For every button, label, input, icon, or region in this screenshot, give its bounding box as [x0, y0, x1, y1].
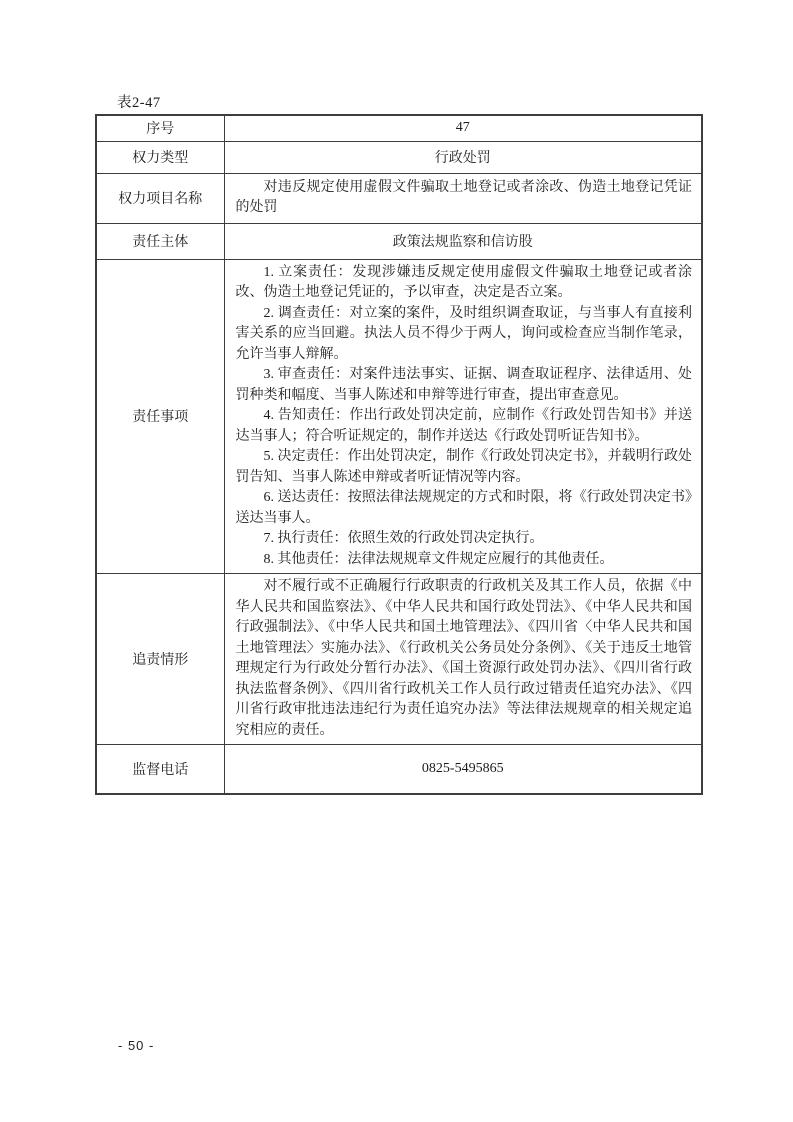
responsible-entity-value: 政策法规监察和信访股	[224, 223, 702, 259]
duty-items-label: 责任事项	[96, 259, 224, 574]
duty-item-1: 1. 立案责任：发现涉嫌违反规定使用虚假文件骗取土地登记或者涂改、伪造土地登记凭…	[236, 263, 693, 304]
serial-number-label: 序号	[96, 115, 224, 141]
row-serial-number: 序号 47	[96, 115, 702, 141]
power-item-name-text: 对违反规定使用虚假文件骗取土地登记或者涂改、伪造土地登记凭证的处罚	[236, 178, 693, 219]
serial-number-value: 47	[224, 115, 702, 141]
row-accountability-situations: 追责情形 对不履行或不正确履行行政职责的行政机关及其工作人员，依据《中华人民共和…	[96, 574, 702, 745]
table-caption: 表2-47	[117, 91, 161, 112]
supervision-phone-value: 0825-5495865	[224, 745, 702, 794]
accountability-situations-text: 对不履行或不正确履行行政职责的行政机关及其工作人员，依据《中华人民共和国监察法》…	[236, 577, 693, 741]
responsible-entity-label: 责任主体	[96, 223, 224, 259]
document-page: 表2-47 序号 47 权力类型 行政处罚 权力项目名称 对违反规定使用虚假文件…	[0, 0, 793, 1122]
accountability-situations-label: 追责情形	[96, 574, 224, 745]
duty-items-value: 1. 立案责任：发现涉嫌违反规定使用虚假文件骗取土地登记或者涂改、伪造土地登记凭…	[224, 259, 702, 574]
supervision-phone-label: 监督电话	[96, 745, 224, 794]
duty-item-7: 7. 执行责任：依照生效的行政处罚决定执行。	[236, 529, 693, 550]
row-responsible-entity: 责任主体 政策法规监察和信访股	[96, 223, 702, 259]
row-duty-items: 责任事项 1. 立案责任：发现涉嫌违反规定使用虚假文件骗取土地登记或者涂改、伪造…	[96, 259, 702, 574]
power-duty-table: 序号 47 权力类型 行政处罚 权力项目名称 对违反规定使用虚假文件骗取土地登记…	[95, 114, 703, 795]
row-power-item-name: 权力项目名称 对违反规定使用虚假文件骗取土地登记或者涂改、伪造土地登记凭证的处罚	[96, 173, 702, 223]
row-supervision-phone: 监督电话 0825-5495865	[96, 745, 702, 794]
duty-item-8: 8. 其他责任：法律法规规章文件规定应履行的其他责任。	[236, 550, 693, 571]
duty-item-4: 4. 告知责任：作出行政处罚决定前，应制作《行政处罚告知书》并送达当事人；符合听…	[236, 406, 693, 447]
power-type-label: 权力类型	[96, 141, 224, 173]
power-item-name-value: 对违反规定使用虚假文件骗取土地登记或者涂改、伪造土地登记凭证的处罚	[224, 173, 702, 223]
duty-item-6: 6. 送达责任：按照法律法规规定的方式和时限，将《行政处罚决定书》送达当事人。	[236, 488, 693, 529]
page-number: - 50 -	[118, 1038, 154, 1053]
duty-item-3: 3. 审查责任：对案件违法事实、证据、调查取证程序、法律适用、处罚种类和幅度、当…	[236, 365, 693, 406]
duty-item-5: 5. 决定责任：作出处罚决定，制作《行政处罚决定书》，并载明行政处罚告知、当事人…	[236, 447, 693, 488]
row-power-type: 权力类型 行政处罚	[96, 141, 702, 173]
power-type-value: 行政处罚	[224, 141, 702, 173]
accountability-situations-value: 对不履行或不正确履行行政职责的行政机关及其工作人员，依据《中华人民共和国监察法》…	[224, 574, 702, 745]
duty-item-2: 2. 调查责任：对立案的案件，及时组织调查取证，与当事人有直接利害关系的应当回避…	[236, 304, 693, 366]
power-item-name-label: 权力项目名称	[96, 173, 224, 223]
